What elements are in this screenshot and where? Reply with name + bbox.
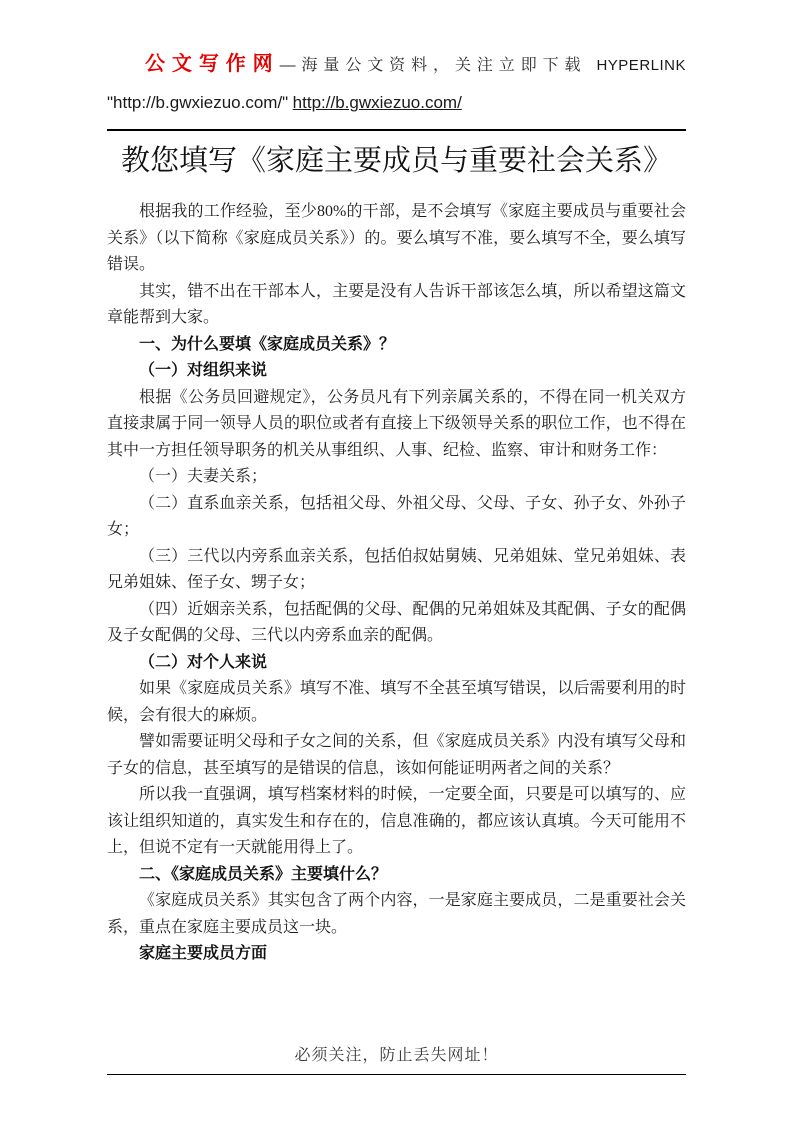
- header-paragraph: 公文写作网—海量公文资料，关注立即下载HYPERLINK "http://b.g…: [107, 46, 686, 122]
- page-header: 公文写作网—海量公文资料，关注立即下载HYPERLINK "http://b.g…: [107, 46, 686, 131]
- hyperlink-field-label: HYPERLINK: [596, 57, 686, 74]
- page-footer: 必须关注，防止丢失网址！: [107, 1042, 686, 1075]
- section-heading: （一）对组织来说: [107, 358, 686, 385]
- section-heading: 家庭主要成员方面: [107, 941, 686, 968]
- site-url-quoted: "http://b.gwxiezuo.com/": [107, 93, 288, 112]
- section-heading: （二）对个人来说: [107, 650, 686, 677]
- section-heading: 二、《家庭成员关系》主要填什么？: [107, 862, 686, 889]
- document-page: 公文写作网—海量公文资料，关注立即下载HYPERLINK "http://b.g…: [0, 0, 793, 1121]
- section-heading: 一、为什么要填《家庭成员关系》？: [107, 332, 686, 359]
- footer-notice: 必须关注，防止丢失网址！: [294, 1047, 498, 1064]
- paragraph: （一）夫妻关系；: [107, 464, 686, 491]
- paragraph: 所以我一直强调，填写档案材料的时候，一定要全面，只要是可以填写的、应该让组织知道…: [107, 782, 686, 862]
- site-tagline: —海量公文资料，关注立即下载: [280, 57, 587, 74]
- paragraph: 根据《公务员回避规定》，公务员凡有下列亲属关系的，不得在同一机关双方直接隶属于同…: [107, 385, 686, 465]
- paragraph: 《家庭成员关系》其实包含了两个内容，一是家庭主要成员，二是重要社会关系，重点在家…: [107, 888, 686, 941]
- paragraph: （二）直系血亲关系，包括祖父母、外祖父母、父母、子女、孙子女、外孙子女；: [107, 491, 686, 544]
- paragraph: （三）三代以内旁系血亲关系，包括伯叔姑舅姨、兄弟姐妹、堂兄弟姐妹、表兄弟姐妹、侄…: [107, 544, 686, 597]
- site-url-link[interactable]: http://b.gwxiezuo.com/: [293, 93, 462, 112]
- paragraph: 如果《家庭成员关系》填写不准、填写不全甚至填写错误，以后需要利用的时候，会有很大…: [107, 676, 686, 729]
- site-brand: 公文写作网: [145, 53, 280, 75]
- paragraph: 根据我的工作经验，至少80%的干部，是不会填写《家庭主要成员与重要社会关系》（以…: [107, 199, 686, 279]
- paragraph: （四）近姻亲关系，包括配偶的父母、配偶的兄弟姐妹及其配偶、子女的配偶及子女配偶的…: [107, 597, 686, 650]
- page-title: 教您填写《家庭主要成员与重要社会关系》: [90, 137, 703, 185]
- document-body: 根据我的工作经验，至少80%的干部，是不会填写《家庭主要成员与重要社会关系》（以…: [107, 199, 686, 968]
- paragraph: 其实，错不出在干部本人，主要是没有人告诉干部该怎么填，所以希望这篇文章能帮到大家…: [107, 279, 686, 332]
- paragraph: 譬如需要证明父母和子女之间的关系，但《家庭成员关系》内没有填写父母和子女的信息，…: [107, 729, 686, 782]
